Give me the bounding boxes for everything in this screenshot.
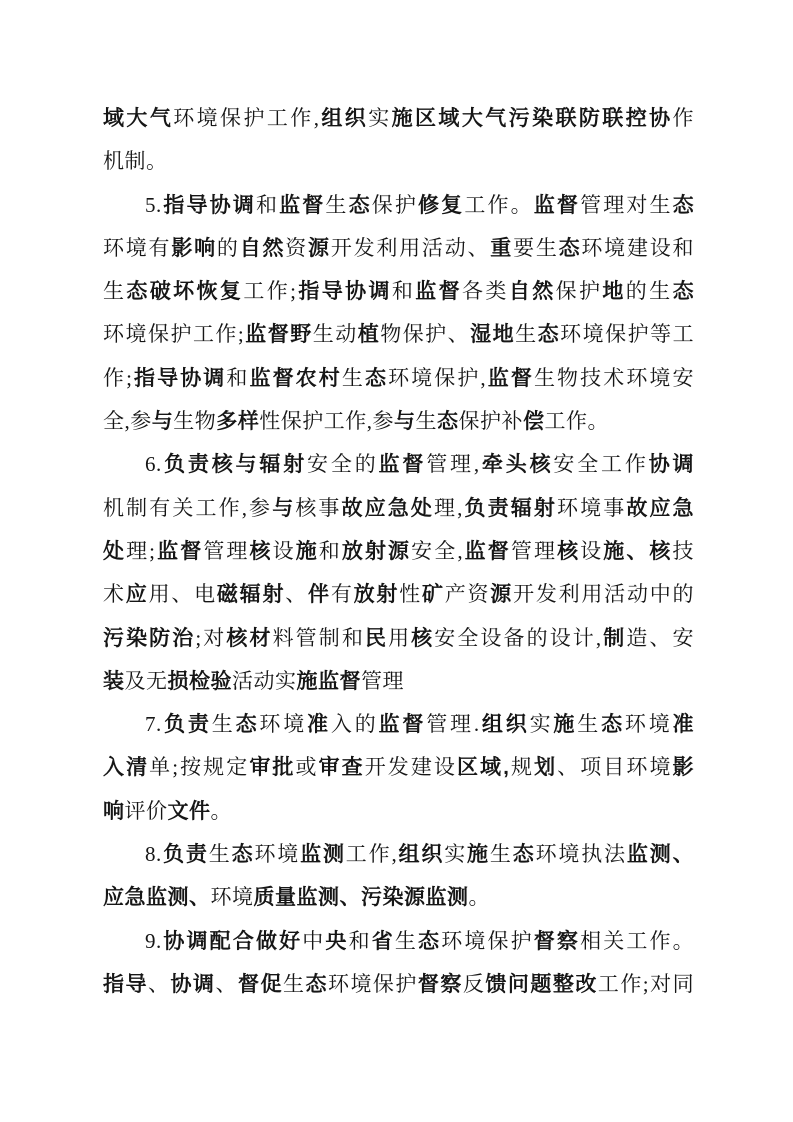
text-run: 态: [538, 323, 561, 346]
text-run: 监测、: [627, 843, 694, 866]
text-line: 术应用、电磁辐射、伴有放射性矿产资源开发利用活动中的: [103, 573, 694, 616]
text-line: 装及无损检验活动实施监督管理: [103, 660, 694, 703]
text-run: 多样: [216, 410, 259, 433]
text-run: 核: [411, 627, 434, 650]
text-run: 环境保护等工: [560, 322, 694, 346]
text-run: 生: [416, 409, 438, 433]
text-line: 9.协调配合做好中央和省生态环境保护督察相关工作。: [103, 920, 694, 963]
text-run: 实: [530, 712, 554, 736]
text-run: 伴: [308, 583, 331, 606]
text-run: 保护补: [459, 409, 524, 433]
text-run: 环境: [259, 712, 307, 736]
text-run: 生: [395, 929, 418, 953]
text-run: 磁辐射: [217, 583, 285, 606]
text-line: 作;指导协调和监督农村生态环境保护,监督生物技术环境安: [103, 357, 694, 400]
text-run: 入的: [331, 712, 379, 736]
text-run: 开发利用活动、: [331, 236, 490, 260]
text-run: 生: [283, 972, 306, 996]
text-run: 生动: [313, 322, 358, 346]
text-run: 生: [342, 366, 365, 390]
text-run: 植: [358, 323, 381, 346]
text-run: 施: [467, 843, 490, 866]
text-run: 审批: [249, 756, 295, 779]
text-run: 态: [673, 194, 695, 217]
text-run: 核材: [226, 627, 272, 650]
text-run: 污染源监测: [361, 886, 469, 909]
text-run: 环境: [211, 885, 254, 909]
text-run: 监督野: [244, 323, 312, 346]
text-line: 指导、协调、督促生态环境保护督察反馈问题整改工作;对同: [103, 963, 694, 1006]
text-run: 环境建设和: [581, 236, 694, 260]
text-run: 影响: [171, 237, 217, 260]
text-run: 生: [103, 279, 126, 303]
text-run: 态: [236, 713, 260, 736]
text-run: 影: [673, 756, 695, 779]
text-run: 损检验: [168, 670, 233, 693]
text-run: 态: [559, 237, 582, 260]
text-line: 8.负责生态环境监测工作,组织实施生态环境执法监测、: [103, 833, 694, 876]
text-run: 施: [553, 713, 577, 736]
text-run: 准: [673, 713, 695, 736]
text-run: 安全的: [307, 452, 378, 476]
text-run: 7.: [145, 712, 162, 736]
text-run: 环境保护工作;: [103, 322, 244, 346]
text-run: 域大气: [103, 107, 173, 130]
text-run: 安全,: [411, 539, 463, 563]
text-run: 机制有关工作,参: [103, 496, 272, 520]
text-run: 指导协调: [296, 280, 391, 303]
text-run: 省: [372, 930, 395, 953]
text-run: 监督: [463, 540, 511, 563]
text-run: 中: [302, 929, 325, 953]
text-run: 指导协调: [132, 367, 226, 390]
text-run: 质量监测、: [254, 886, 362, 909]
text-run: 修复: [418, 194, 464, 217]
text-run: 作: [673, 106, 695, 130]
text-run: 生: [212, 712, 236, 736]
text-run: 施: [296, 540, 319, 563]
text-line: 处理;监督管理核设施和放射源安全,监督管理核设施、核技: [103, 530, 694, 573]
text-run: 工作;对同: [598, 972, 694, 996]
text-run: 和: [256, 193, 279, 217]
text-run: 态: [513, 843, 536, 866]
text-run: 核事: [295, 496, 341, 520]
text-run: 生: [577, 712, 601, 736]
document-page: 域大气环境保护工作,组织实施区域大气污染联防联控协作机制。5.指导协调和监督生态…: [0, 0, 793, 1122]
text-run: 规: [509, 755, 534, 779]
text-run: 管理对生: [580, 193, 673, 217]
text-run: 督促: [238, 973, 283, 996]
text-line: 7.负责生态环境准入的监督管理.组织实施生态环境准: [103, 703, 694, 746]
text-run: 管理: [203, 539, 249, 563]
text-line: 5.指导协调和监督生态保护修复工作。监督管理对生态: [103, 184, 694, 227]
text-run: 生物技术环境安: [534, 366, 694, 390]
text-run: 处: [103, 540, 126, 563]
text-run: 态: [418, 930, 441, 953]
text-line: 6.负责核与辐射安全的监督管理,牵头核安全工作协调: [103, 443, 694, 486]
text-run: 性: [399, 582, 422, 606]
text-run: 管理,: [426, 452, 479, 476]
text-run: 环境保护: [441, 929, 534, 953]
text-run: 的生: [626, 279, 673, 303]
text-run: 相关工作。: [580, 929, 694, 953]
text-run: 区域,: [457, 756, 509, 779]
text-run: 监督农村: [250, 367, 342, 390]
text-run: 机制。: [103, 149, 168, 173]
text-run: 组织: [397, 843, 444, 866]
text-line: 应急监测、环境质量监测、污染源监测。: [103, 876, 694, 919]
text-line: 机制。: [103, 140, 694, 183]
text-line: 响评价文件。: [103, 790, 694, 833]
text-run: 环境: [625, 712, 673, 736]
text-run: 矿: [422, 583, 445, 606]
text-run: 源: [490, 583, 513, 606]
text-run: 。: [211, 799, 233, 823]
text-run: 监督: [379, 713, 427, 736]
text-run: 环境: [254, 842, 300, 866]
text-run: 负责: [162, 713, 212, 736]
text-run: 8.: [145, 842, 162, 866]
text-line: 环境有影响的自然资源开发利用活动、重要生态环境建设和: [103, 227, 694, 270]
text-run: 单;按规定: [149, 755, 249, 779]
text-run: 要生: [513, 236, 559, 260]
text-run: 协调配合做好: [162, 930, 303, 953]
text-run: 环境执法: [536, 842, 627, 866]
text-run: 理;: [126, 539, 155, 563]
text-run: 审查: [319, 756, 365, 779]
text-run: 环境保护工作,: [173, 106, 319, 130]
text-run: 指导协调: [162, 194, 256, 217]
text-run: 源: [308, 237, 331, 260]
text-run: 用、电: [149, 582, 217, 606]
text-run: 理,: [434, 496, 463, 520]
text-run: 态: [349, 194, 372, 217]
text-run: 准: [307, 713, 331, 736]
text-run: 管理: [511, 539, 557, 563]
text-line: 生态破坏恢复工作;指导协调和监督各类自然保护地的生态: [103, 270, 694, 313]
text-run: 料管制和: [273, 626, 365, 650]
text-run: 与: [394, 410, 416, 433]
text-run: 评价: [125, 799, 168, 823]
text-run: 态: [365, 367, 388, 390]
text-run: 生物: [173, 409, 216, 433]
text-run: ;对: [195, 626, 226, 650]
text-run: 与: [272, 497, 295, 520]
text-run: 活动实: [232, 669, 297, 693]
text-run: 核: [250, 540, 273, 563]
text-run: 工作;: [243, 279, 296, 303]
text-run: 央: [325, 930, 348, 953]
text-run: 开发利用活动中的: [513, 582, 694, 606]
text-run: 民: [365, 627, 388, 650]
text-run: 态破坏恢复: [126, 280, 243, 303]
text-run: 有: [331, 582, 354, 606]
text-run: 重: [490, 237, 513, 260]
text-run: 态: [232, 843, 255, 866]
text-run: 制: [602, 627, 627, 650]
text-run: 安全工作: [553, 452, 648, 476]
text-run: 保护: [372, 193, 418, 217]
text-line: 环境保护工作;监督野生动植物保护、湿地生态环境保护等工: [103, 313, 694, 356]
text-run: 生: [490, 842, 513, 866]
text-run: 施、核: [603, 540, 672, 563]
text-run: 施区域大气污染联防联控协: [392, 107, 673, 130]
text-line: 域大气环境保护工作,组织实施区域大气污染联防联控协作: [103, 97, 694, 140]
text-run: 开发建设: [365, 755, 457, 779]
text-run: 态: [673, 280, 695, 303]
text-line: 污染防治;对核材料管制和民用核安全设备的设计,制造、安: [103, 617, 694, 660]
text-run: 全,参: [103, 409, 152, 433]
text-run: 环境有: [103, 236, 171, 260]
text-run: 管理.: [426, 712, 479, 736]
document-body: 域大气环境保护工作,组织实施区域大气污染联防联控协作机制。5.指导协调和监督生态…: [103, 97, 694, 1006]
text-run: 态: [305, 973, 328, 996]
text-run: 安全设备的设计,: [434, 626, 601, 650]
text-run: 施监督: [297, 670, 362, 693]
text-run: 协调: [649, 453, 694, 476]
text-run: 地: [602, 280, 625, 303]
text-run: 态: [601, 713, 625, 736]
text-run: 实: [368, 106, 391, 130]
text-run: 生: [209, 842, 232, 866]
text-line: 机制有关工作,参与核事故应急处理,负责辐射环境事故应急: [103, 487, 694, 530]
text-run: 监测: [300, 843, 346, 866]
text-run: 资: [285, 236, 308, 260]
text-run: 保护: [556, 279, 603, 303]
text-run: 工作。: [545, 409, 610, 433]
text-run: 环境保护,: [388, 366, 486, 390]
text-run: 协调: [170, 973, 215, 996]
text-run: 负责核与辐射: [162, 453, 307, 476]
text-run: 9.: [145, 929, 162, 953]
text-line: 全,参与生物多样性保护工作,参与生态保护补偿工作。: [103, 400, 694, 443]
text-run: 故应急: [626, 497, 694, 520]
text-run: 物保护、: [380, 322, 470, 346]
text-run: 与: [152, 410, 174, 433]
text-run: 工作。: [464, 193, 533, 217]
text-run: 放射: [354, 583, 400, 606]
text-run: 负责: [162, 843, 209, 866]
text-run: 性保护工作,参: [259, 409, 394, 433]
text-run: 。: [469, 885, 491, 909]
text-run: 应: [126, 583, 149, 606]
text-run: 组织: [319, 107, 368, 130]
text-run: 应急监测、: [103, 886, 211, 909]
text-run: 指导: [103, 973, 148, 996]
text-line: 入清单;按规定审批或审查开发建设区域,规划、项目环境影: [103, 746, 694, 789]
text-run: 监督: [379, 453, 427, 476]
text-run: 负责辐射: [463, 497, 557, 520]
text-run: 、项目环境: [557, 755, 672, 779]
text-run: 环境事: [557, 496, 626, 520]
text-run: 督察: [534, 930, 580, 953]
text-run: 生: [515, 322, 538, 346]
text-run: 、: [215, 972, 238, 996]
text-run: 实: [444, 842, 467, 866]
text-run: 划: [534, 756, 557, 779]
text-run: 响: [103, 800, 125, 823]
text-run: 技: [673, 539, 695, 563]
text-run: 和: [226, 366, 249, 390]
text-run: 、: [148, 972, 171, 996]
text-run: 产资: [445, 582, 491, 606]
text-run: 和: [392, 279, 415, 303]
text-run: 监督: [279, 194, 325, 217]
text-run: 设: [580, 539, 603, 563]
text-run: 及无: [125, 669, 168, 693]
text-run: 用: [388, 626, 411, 650]
text-run: 偿: [523, 410, 545, 433]
text-run: 、: [285, 582, 308, 606]
text-run: 故应急处: [342, 497, 434, 520]
text-run: 反: [463, 972, 486, 996]
text-run: 文件: [168, 800, 211, 823]
text-run: 入清: [103, 756, 149, 779]
text-run: 和: [349, 929, 372, 953]
text-run: 监督: [534, 194, 580, 217]
text-run: 态: [437, 410, 459, 433]
text-run: 污染防治: [103, 627, 195, 650]
text-run: 作;: [103, 366, 132, 390]
text-run: 5.: [145, 193, 162, 217]
text-run: 造、安: [626, 626, 694, 650]
text-run: 工作,: [346, 842, 397, 866]
text-run: 馈问题整改: [485, 973, 597, 996]
text-run: 6.: [145, 452, 162, 476]
text-run: 湿地: [470, 323, 515, 346]
text-run: 管理: [361, 669, 404, 693]
text-run: 监督: [415, 280, 462, 303]
text-run: 装: [103, 670, 125, 693]
text-run: 牵头核: [480, 453, 554, 476]
text-run: 自然: [240, 237, 286, 260]
text-run: 环境保护: [328, 972, 418, 996]
text-run: 监督: [486, 367, 534, 390]
text-run: 监督: [156, 540, 204, 563]
text-run: 各类: [462, 279, 509, 303]
text-run: 术: [103, 582, 126, 606]
text-run: 自然: [509, 280, 556, 303]
text-run: 设: [273, 539, 296, 563]
text-run: 放射源: [342, 540, 411, 563]
text-run: 或: [295, 755, 318, 779]
text-run: 的: [217, 236, 240, 260]
text-run: 和: [319, 539, 342, 563]
text-run: 生: [325, 193, 348, 217]
text-run: 组织: [480, 713, 530, 736]
text-run: 督察: [418, 973, 463, 996]
text-run: 核: [557, 540, 580, 563]
